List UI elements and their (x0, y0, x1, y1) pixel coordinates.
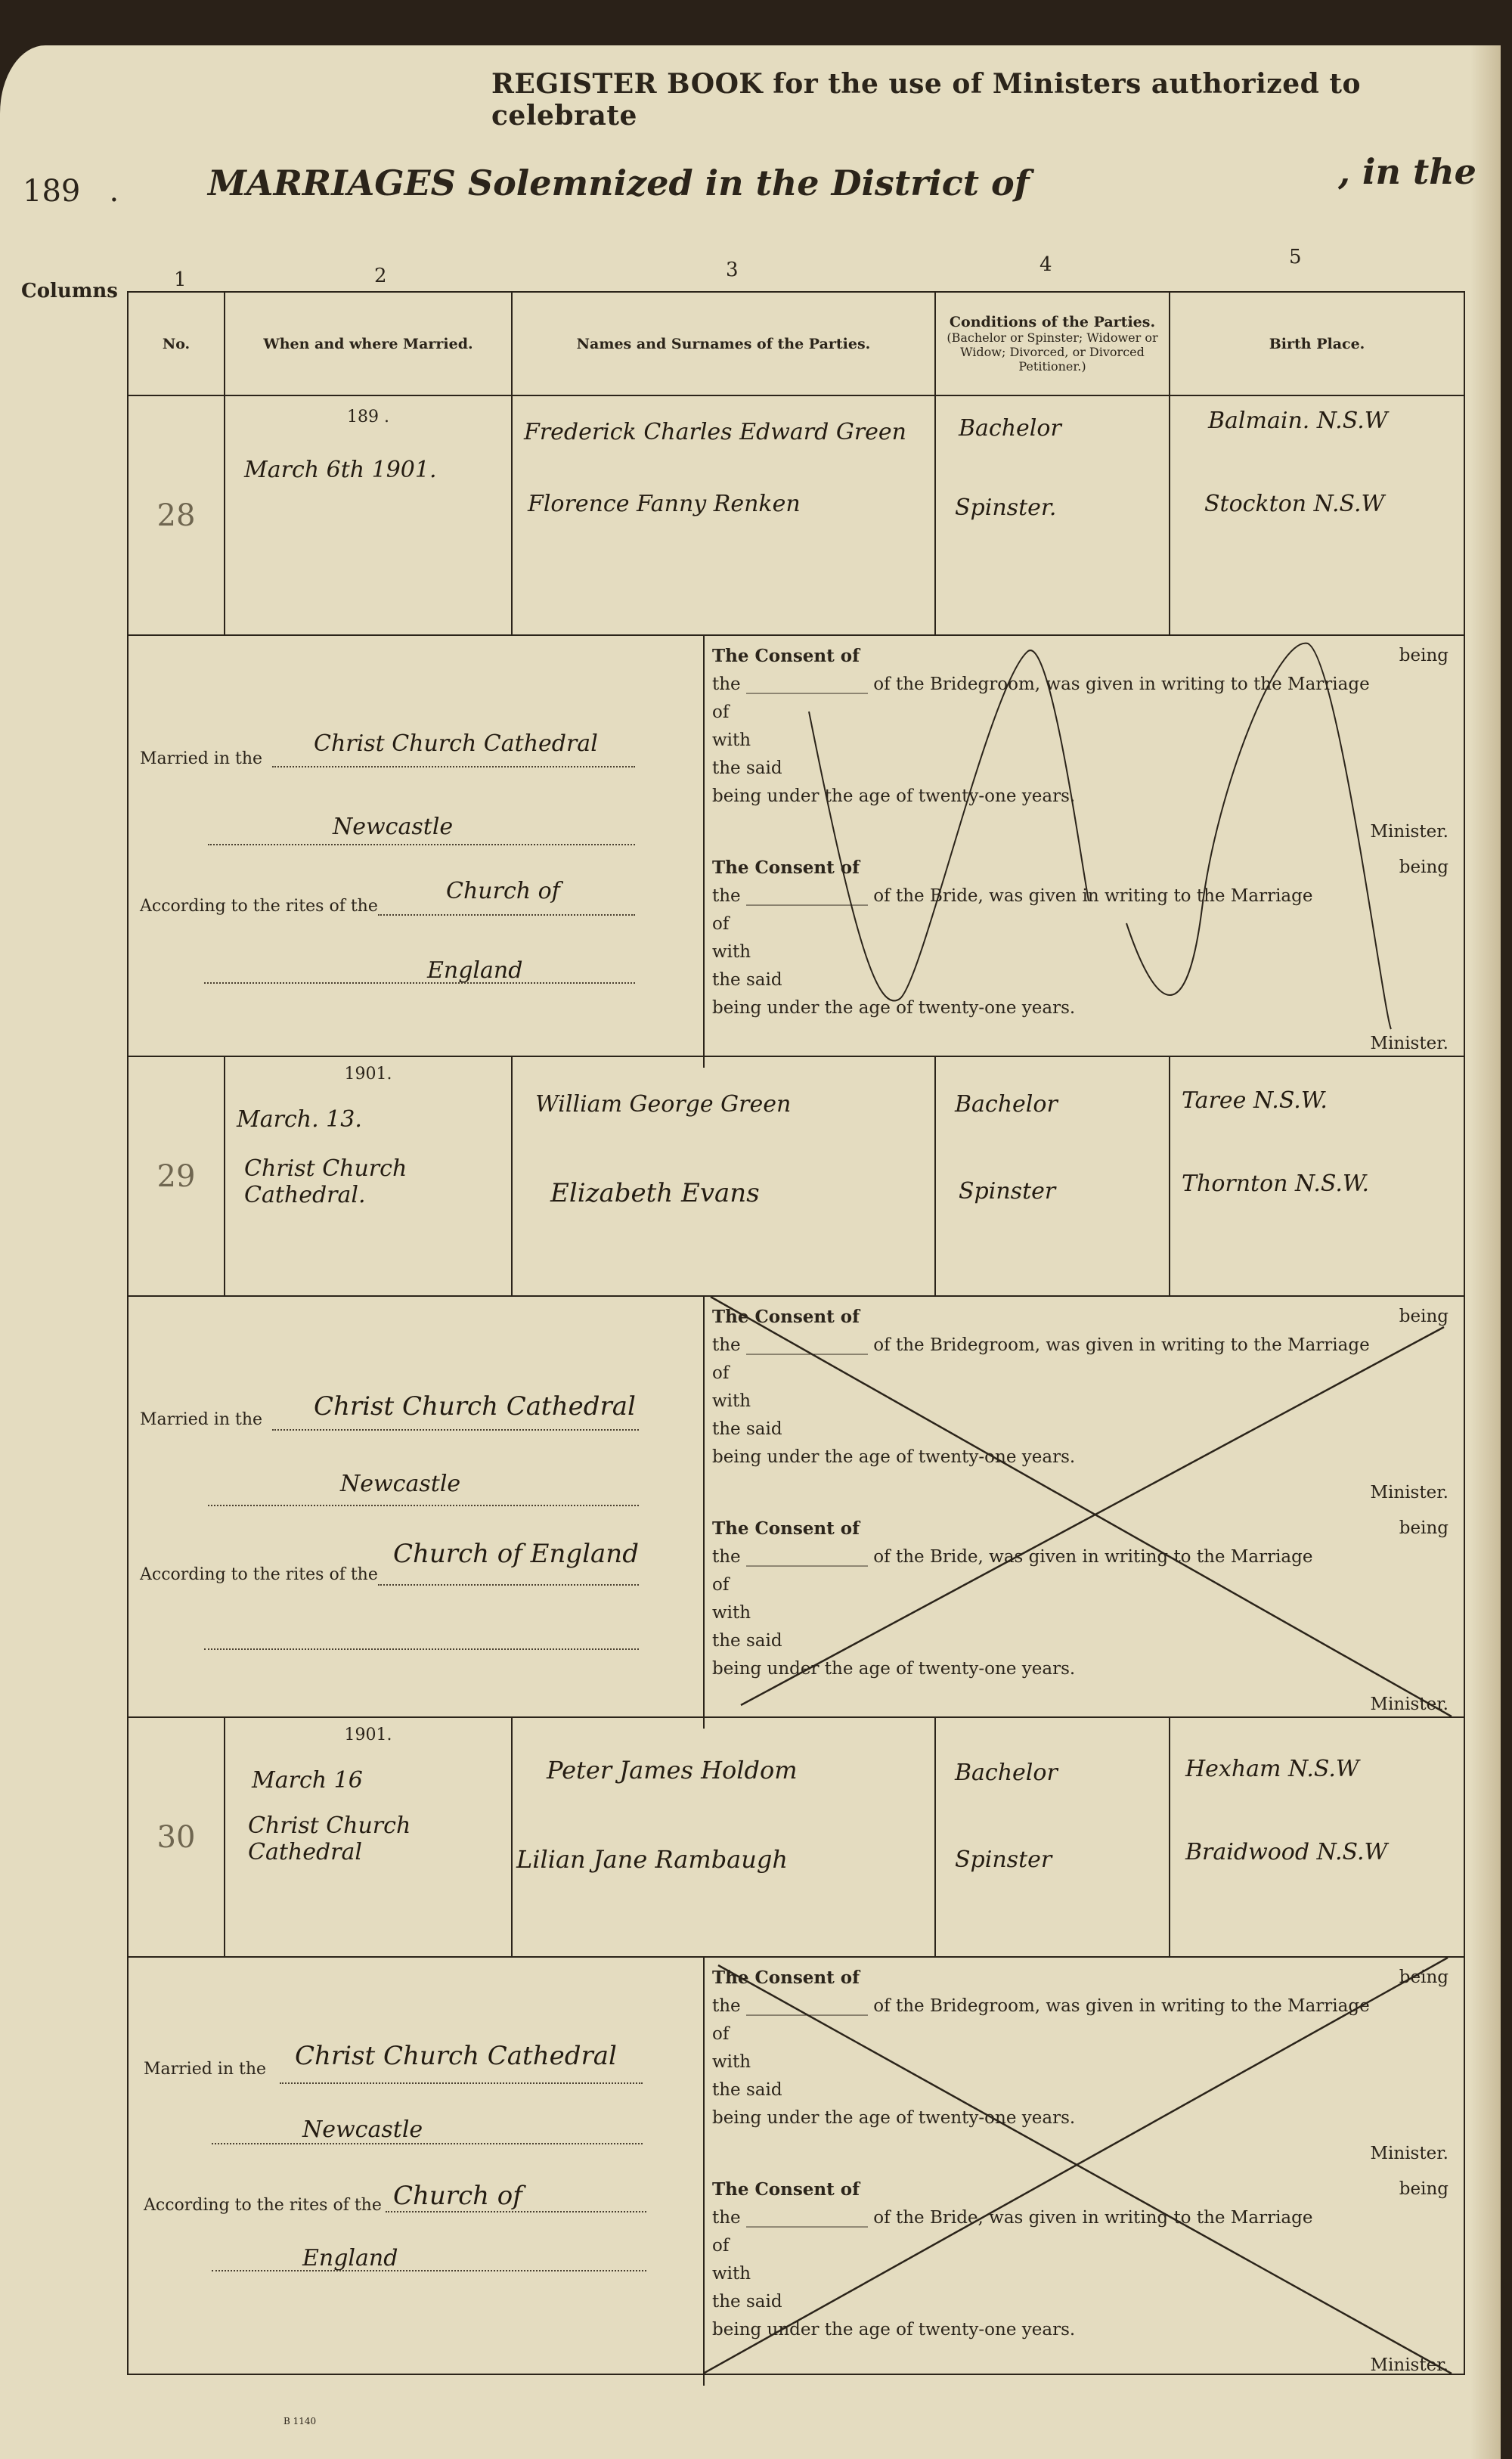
bride-birthplace: Thornton N.S.W. (1182, 1171, 1464, 1197)
header-conditions: Conditions of the Parties.(Bachelor or S… (935, 292, 1170, 395)
entry-conditions: Bachelor Spinster (935, 1056, 1170, 1296)
table-row-details: Married in the Christ Church Cathedral N… (128, 1296, 1464, 1717)
rites-value: Church of England (393, 1539, 639, 1569)
entry-conditions: Bachelor Spinster (935, 1717, 1170, 1957)
bride-condition: Spinster. (955, 495, 1169, 521)
entry-number: 28 (128, 395, 225, 635)
entry-when-where: 1901. March 16 Christ Church Cathedral (225, 1717, 512, 1957)
column-number-2: 2 (374, 265, 387, 287)
table-header: No. When and where Married. Names and Su… (128, 292, 1464, 395)
consent-section: The Consent of being the ______________ … (703, 636, 1456, 1068)
groom-birthplace: Taree N.S.W. (1182, 1087, 1464, 1114)
married-in-value-2: Newcastle (302, 2116, 423, 2143)
header-when-where: When and where Married. (225, 292, 512, 395)
column-number-4: 4 (1039, 253, 1052, 276)
ceremony-section: Married in the Christ Church Cathedral N… (129, 636, 688, 1056)
groom-name: Frederick Charles Edward Green (524, 419, 934, 445)
form-code: B 1140 (283, 2416, 316, 2426)
year-prefix: 189 . (23, 174, 119, 209)
rites-label: According to the rites of the (144, 2196, 382, 2215)
married-in-value: Christ Church Cathedral (314, 730, 598, 757)
bride-name: Florence Fanny Renken (528, 491, 934, 517)
married-in-value-2: Newcastle (333, 814, 453, 840)
married-in-label: Married in the (140, 1410, 262, 1429)
groom-condition: Bachelor (955, 1760, 1169, 1786)
table-row-details: Married in the Christ Church Cathedral N… (128, 1957, 1464, 2374)
entry-birthplaces: Hexham N.S.W Braidwood N.S.W (1170, 1717, 1464, 1957)
ceremony-section: Married in the Christ Church Cathedral N… (129, 1297, 688, 1716)
entry-place: Christ Church Cathedral. (244, 1155, 511, 1208)
columns-label: Columns (21, 280, 118, 302)
bride-condition: Spinster (955, 1847, 1169, 1873)
groom-name: Peter James Holdom (547, 1756, 934, 1785)
entry-year: 1901. (225, 1726, 511, 1744)
entry-year: 1901. (225, 1065, 511, 1084)
entry-place: Christ Church Cathedral (248, 1812, 511, 1865)
page-title: MARRIAGES Solemnized in the District of (208, 163, 1030, 203)
consent-section: The Consent of being the ______________ … (703, 1958, 1456, 2386)
rites-label: According to the rites of the (140, 897, 378, 916)
entry-birthplaces: Balmain. N.S.W Stockton N.S.W (1170, 395, 1464, 635)
header-birthplace: Birth Place. (1170, 292, 1464, 395)
groom-birthplace: Balmain. N.S.W (1208, 408, 1464, 434)
table-row: 28 189 . March 6th 1901. Frederick Charl… (128, 395, 1464, 635)
bride-birthplace: Stockton N.S.W (1204, 491, 1464, 517)
entry-date: March 6th 1901. (244, 457, 511, 483)
entry-when-where: 189 . March 6th 1901. (225, 395, 512, 635)
bride-condition: Spinster (959, 1178, 1169, 1205)
entry-names: William George Green Elizabeth Evans (512, 1056, 935, 1296)
married-in-label: Married in the (144, 2060, 266, 2079)
married-in-value-2: Newcastle (340, 1471, 460, 1497)
entry-number: 30 (128, 1717, 225, 1957)
register-heading: REGISTER BOOK for the use of Ministers a… (491, 68, 1512, 132)
entry-details: Married in the Christ Church Cathedral N… (129, 1958, 1464, 2374)
groom-condition: Bachelor (959, 415, 1169, 442)
entry-number: 29 (128, 1056, 225, 1296)
groom-birthplace: Hexham N.S.W (1185, 1756, 1464, 1782)
entry-details: Married in the Christ Church Cathedral N… (129, 1297, 1464, 1716)
ceremony-section: Married in the Christ Church Cathedral N… (129, 1958, 688, 2374)
married-in-label: Married in the (140, 749, 262, 768)
entry-names: Peter James Holdom Lilian Jane Rambaugh (512, 1717, 935, 1957)
entry-details: Married in the Christ Church Cathedral N… (129, 636, 1464, 1056)
header-names: Names and Surnames of the Parties. (512, 292, 935, 395)
marriage-register-table: No. When and where Married. Names and Su… (127, 291, 1465, 2375)
column-number-5: 5 (1289, 246, 1302, 268)
column-number-3: 3 (726, 259, 739, 281)
entry-birthplaces: Taree N.S.W. Thornton N.S.W. (1170, 1056, 1464, 1296)
table-row-details: Married in the Christ Church Cathedral N… (128, 635, 1464, 1056)
rites-value: Church of (393, 2181, 522, 2211)
rites-value-2: England (427, 957, 522, 984)
rites-value-2: England (302, 2245, 398, 2271)
groom-condition: Bachelor (955, 1091, 1169, 1118)
header-no: No. (128, 292, 225, 395)
consent-section: The Consent of being the ______________ … (703, 1297, 1456, 1729)
bride-name: Lilian Jane Rambaugh (516, 1845, 934, 1874)
entry-names: Frederick Charles Edward Green Florence … (512, 395, 935, 635)
entry-year: 189 . (225, 408, 511, 426)
rites-value: Church of (446, 878, 560, 904)
married-in-value: Christ Church Cathedral (295, 2041, 617, 2071)
table-row: 29 1901. March. 13. Christ Church Cathed… (128, 1056, 1464, 1296)
bride-name: Elizabeth Evans (550, 1178, 934, 1208)
entry-date: March. 13. (237, 1106, 511, 1133)
entry-date: March 16 (252, 1767, 511, 1794)
groom-name: William George Green (535, 1091, 934, 1118)
bride-birthplace: Braidwood N.S.W (1185, 1839, 1464, 1865)
entry-conditions: Bachelor Spinster. (935, 395, 1170, 635)
column-number-1: 1 (174, 268, 187, 291)
married-in-value: Christ Church Cathedral (314, 1391, 636, 1422)
entry-when-where: 1901. March. 13. Christ Church Cathedral… (225, 1056, 512, 1296)
title-tail: , in the (1338, 151, 1476, 192)
rites-label: According to the rites of the (140, 1565, 378, 1584)
table-row: 30 1901. March 16 Christ Church Cathedra… (128, 1717, 1464, 1957)
